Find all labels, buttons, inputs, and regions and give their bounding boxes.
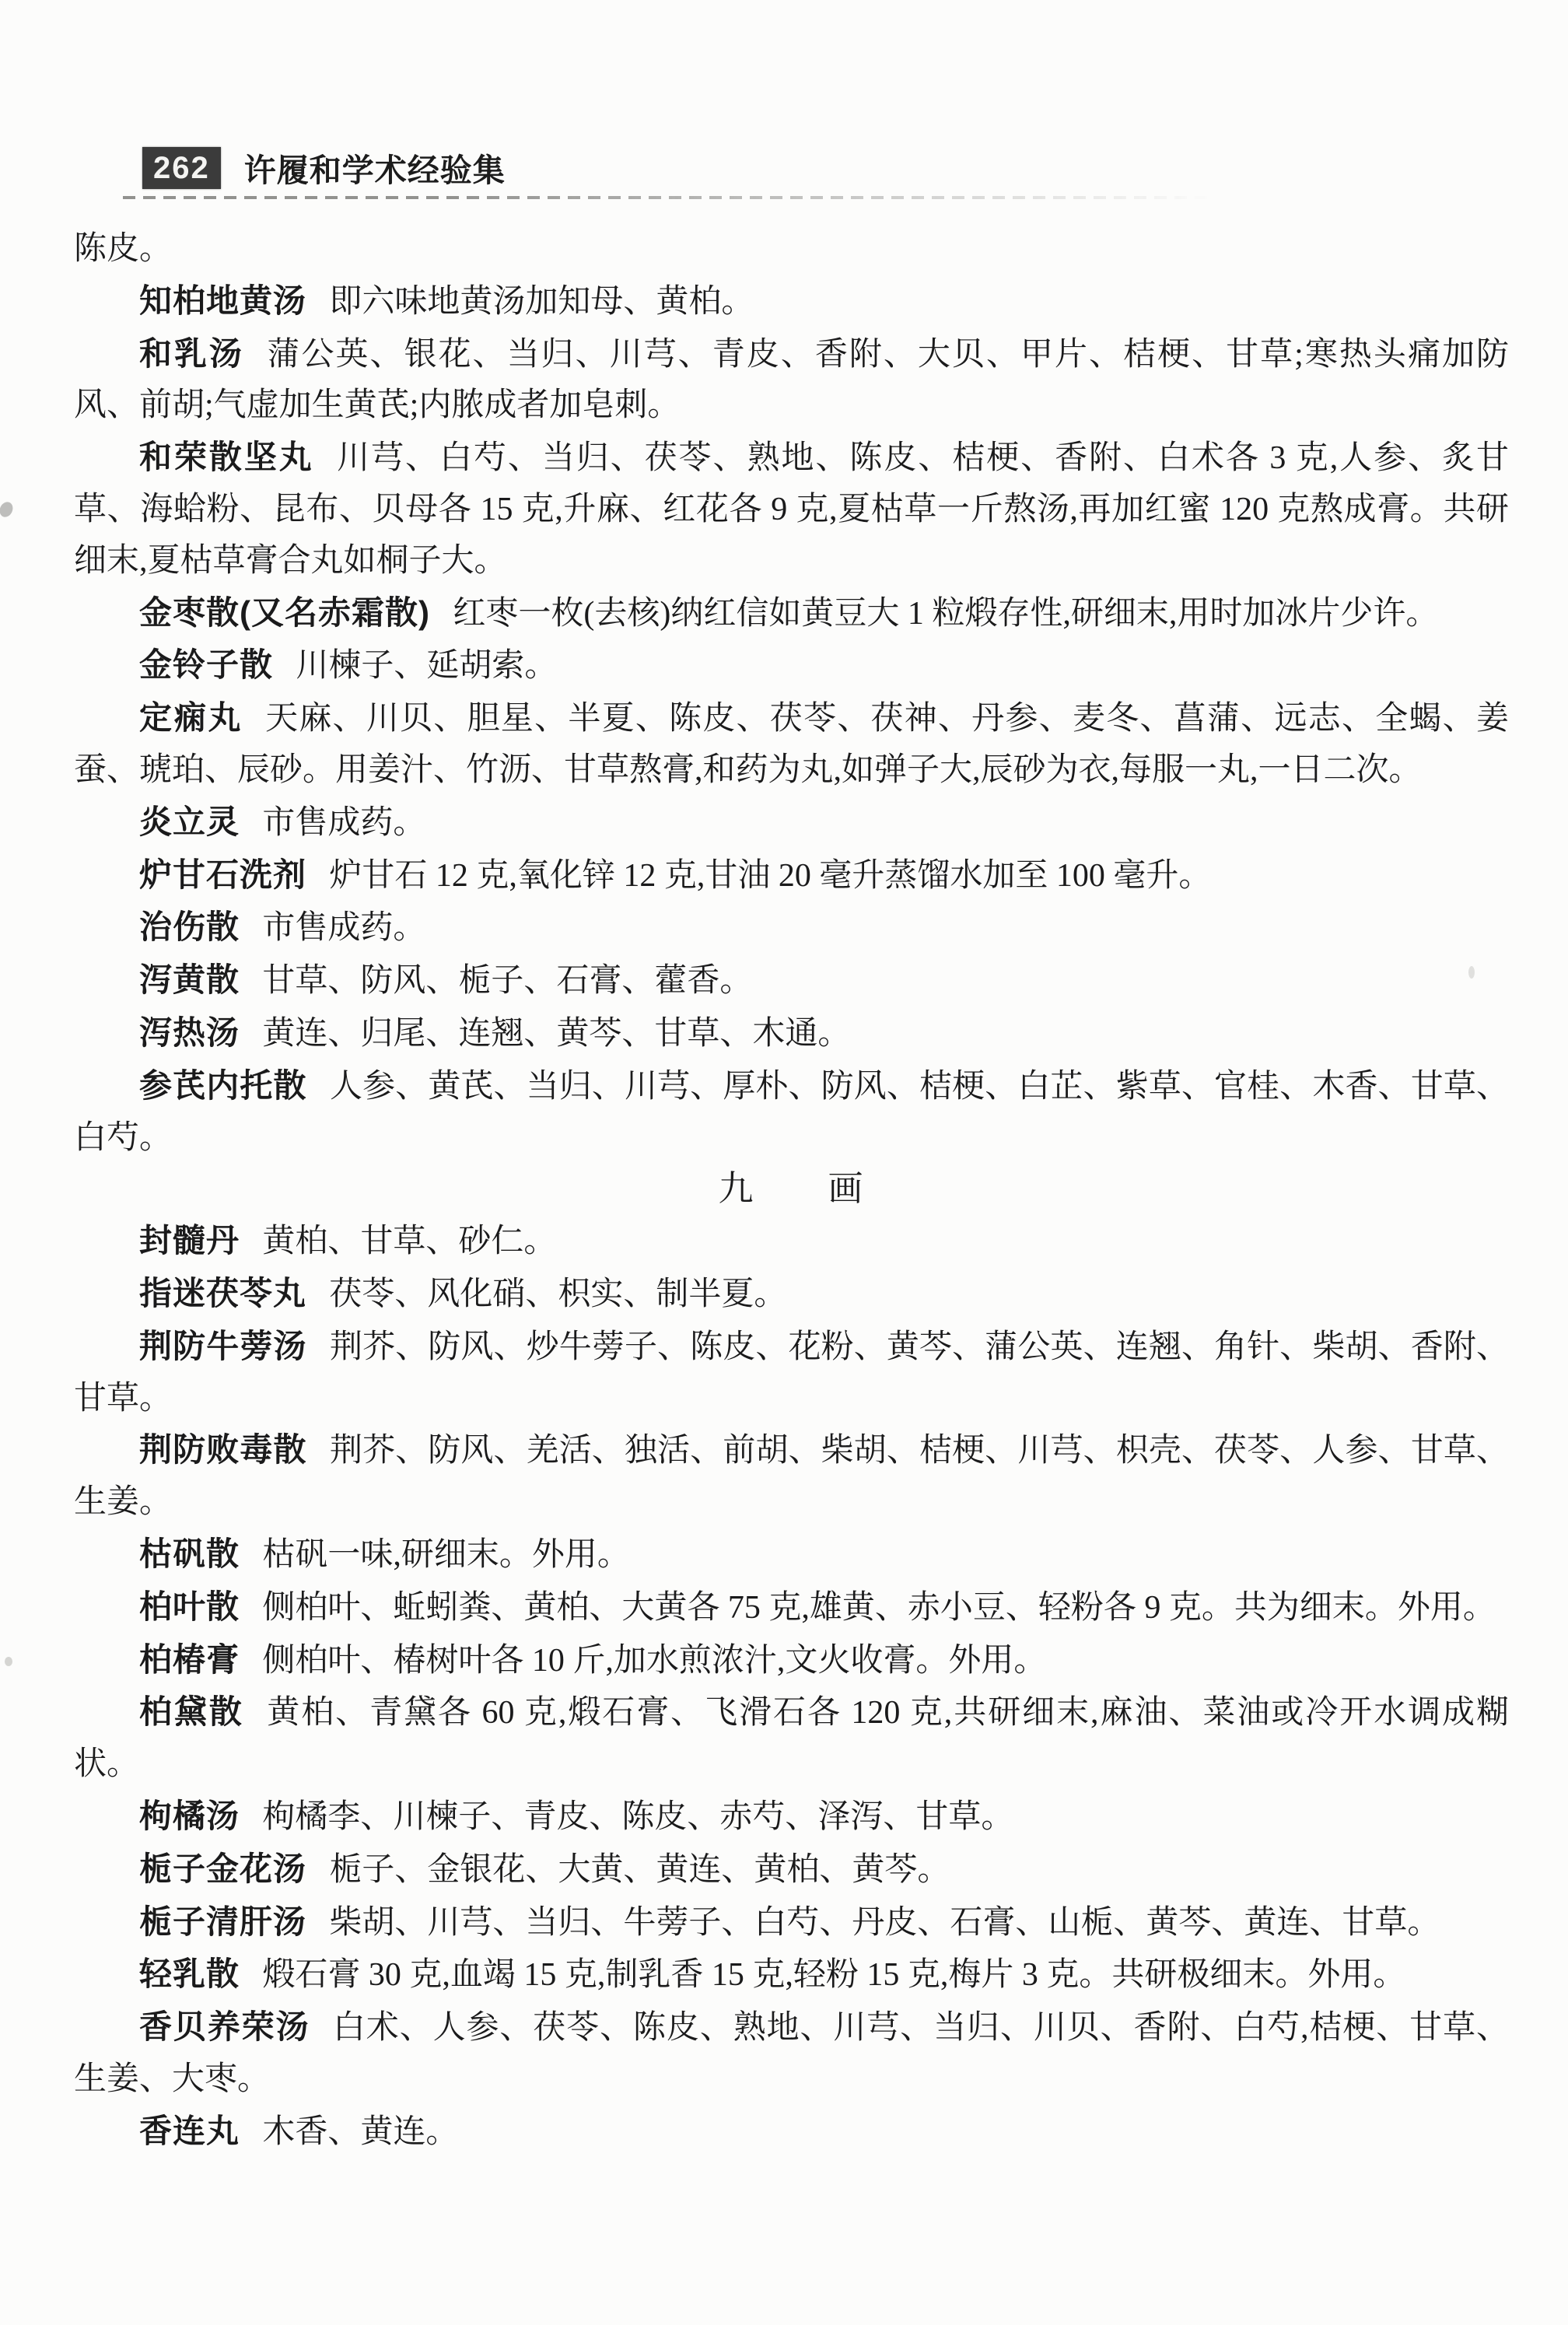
formula-ingredients: 木香、黄连。 xyxy=(262,2114,458,2150)
formula-ingredients: 市售成药。 xyxy=(262,805,425,841)
formula-name: 栀子清肝汤 xyxy=(139,1903,306,1940)
formula-name: 和乳汤 xyxy=(139,335,244,372)
formula-entry: 枸橘汤枸橘李、川楝子、青皮、陈皮、赤芍、泽泻、甘草。 xyxy=(74,1791,1509,1844)
formula-ingredients: 蒲公英、银花、当归、川芎、青皮、香附、大贝、甲片、桔梗、甘草;寒热头痛加防风、前… xyxy=(74,337,1509,424)
formula-name: 定痫丸 xyxy=(139,699,243,736)
formula-ingredients: 即六味地黄汤加知母、黄柏。 xyxy=(329,284,754,320)
formula-name: 泻黄散 xyxy=(139,961,240,998)
formula-name: 封髓丹 xyxy=(139,1222,240,1259)
formula-ingredients: 煅石膏 30 克,血竭 15 克,制乳香 15 克,轻粉 15 克,梅片 3 克… xyxy=(262,1957,1405,1993)
formula-ingredients: 甘草、防风、栀子、石膏、藿香。 xyxy=(262,963,752,999)
scan-smudge xyxy=(5,1657,12,1666)
formula-name: 炉甘石洗剂 xyxy=(139,856,306,893)
formula-ingredients: 黄柏、甘草、砂仁。 xyxy=(262,1224,556,1259)
formula-name: 荆防败毒散 xyxy=(139,1431,307,1468)
book-page: 262 许履和学术经验集 陈皮。知柏地黄汤即六味地黄汤加知母、黄柏。和乳汤蒲公英… xyxy=(0,0,1568,2325)
formula-entry: 金铃子散川楝子、延胡索。 xyxy=(74,639,1509,692)
formula-entry: 陈皮。 xyxy=(74,224,1509,275)
formula-entry: 香连丸木香、黄连。 xyxy=(74,2106,1509,2159)
formula-ingredients: 栀子、金银花、大黄、黄连、黄柏、黄芩。 xyxy=(329,1852,950,1888)
formula-name: 荆防牛蒡汤 xyxy=(139,1328,307,1364)
formula-entry: 栀子金花汤栀子、金银花、大黄、黄连、黄柏、黄芩。 xyxy=(74,1844,1509,1896)
formula-ingredients: 市售成药。 xyxy=(262,910,425,946)
formula-name: 金枣散(又名赤霜散) xyxy=(139,594,430,631)
formula-entry: 泻黄散甘草、防风、栀子、石膏、藿香。 xyxy=(74,954,1509,1007)
formula-entry: 枯矾散枯矾一味,研细末。外用。 xyxy=(74,1528,1509,1581)
formula-ingredients: 侧柏叶、蚯蚓粪、黄柏、大黄各 75 克,雄黄、赤小豆、轻粉各 9 克。共为细末。… xyxy=(262,1590,1496,1626)
formula-ingredients: 枯矾一味,研细末。外用。 xyxy=(262,1537,630,1573)
formula-ingredients: 天麻、川贝、胆星、半夏、陈皮、茯苓、茯神、丹参、麦冬、菖蒲、远志、全蝎、姜蚕、琥… xyxy=(74,701,1509,788)
formula-name: 治伤散 xyxy=(139,909,240,945)
formula-ingredients: 黄柏、青黛各 60 克,煅石膏、飞滑石各 120 克,共研细末,麻油、菜油或冷开… xyxy=(74,1695,1509,1782)
formula-name: 枯矾散 xyxy=(139,1535,240,1572)
page-header: 262 许履和学术经验集 xyxy=(142,145,506,191)
formula-ingredients: 川楝子、延胡索。 xyxy=(296,648,557,684)
formula-name: 指迷茯苓丸 xyxy=(139,1275,306,1311)
formula-ingredients: 红枣一枚(去核)纳红信如黄豆大 1 粒煅存性,研细末,用时加冰片少许。 xyxy=(453,596,1438,632)
formula-entry: 栀子清肝汤柴胡、川芎、当归、牛蒡子、白芍、丹皮、石膏、山栀、黄芩、黄连、甘草。 xyxy=(74,1896,1509,1949)
book-title: 许履和学术经验集 xyxy=(244,145,506,191)
formula-entry: 封髓丹黄柏、甘草、砂仁。 xyxy=(74,1215,1509,1268)
header-rule xyxy=(123,196,1212,199)
formula-entry: 轻乳散煅石膏 30 克,血竭 15 克,制乳香 15 克,轻粉 15 克,梅片 … xyxy=(74,1949,1509,2001)
formula-entry: 治伤散市售成药。 xyxy=(74,902,1509,954)
formula-name: 炎立灵 xyxy=(139,804,240,840)
formula-entry: 指迷茯苓丸茯苓、风化硝、枳实、制半夏。 xyxy=(74,1268,1509,1321)
formula-entry: 参芪内托散人参、黄芪、当归、川芎、厚朴、防风、桔梗、白芷、紫草、官桂、木香、甘草… xyxy=(74,1060,1509,1164)
formula-entry: 和乳汤蒲公英、银花、当归、川芎、青皮、香附、大贝、甲片、桔梗、甘草;寒热头痛加防… xyxy=(74,328,1509,432)
formula-ingredients: 柴胡、川芎、当归、牛蒡子、白芍、丹皮、石膏、山栀、黄芩、黄连、甘草。 xyxy=(329,1905,1440,1941)
formula-name: 柏叶散 xyxy=(139,1588,240,1625)
formula-entry: 柏椿膏侧柏叶、椿树叶各 10 斤,加水煎浓汁,文火收膏。外用。 xyxy=(74,1634,1509,1687)
formula-entry: 柏黛散黄柏、青黛各 60 克,煅石膏、飞滑石各 120 克,共研细末,麻油、菜油… xyxy=(74,1686,1509,1791)
formula-ingredients: 枸橘李、川楝子、青皮、陈皮、赤芍、泽泻、甘草。 xyxy=(262,1799,1013,1835)
formula-name: 香贝养荣汤 xyxy=(139,2008,310,2045)
formula-name: 香连丸 xyxy=(139,2113,240,2149)
formula-name: 柏椿膏 xyxy=(139,1641,240,1678)
formula-name: 参芪内托散 xyxy=(139,1067,307,1104)
formula-entry: 荆防牛蒡汤荆芥、防风、炒牛蒡子、陈皮、花粉、黄芩、蒲公英、连翘、角针、柴胡、香附… xyxy=(74,1321,1509,1425)
formula-name: 金铃子散 xyxy=(139,646,273,683)
scan-smudge xyxy=(1468,966,1475,979)
formula-name: 柏黛散 xyxy=(139,1693,244,1730)
formula-entry: 定痫丸天麻、川贝、胆星、半夏、陈皮、茯苓、茯神、丹参、麦冬、菖蒲、远志、全蝎、姜… xyxy=(74,692,1509,797)
formula-entry: 金枣散(又名赤霜散)红枣一枚(去核)纳红信如黄豆大 1 粒煅存性,研细末,用时加… xyxy=(74,587,1509,640)
formula-entry: 香贝养荣汤白术、人参、茯苓、陈皮、熟地、川芎、当归、川贝、香附、白芍,桔梗、甘草… xyxy=(74,2001,1509,2106)
formula-entry: 荆防败毒散荆芥、防风、羌活、独活、前胡、柴胡、桔梗、川芎、枳壳、茯苓、人参、甘草… xyxy=(74,1424,1509,1528)
formula-name: 轻乳散 xyxy=(139,1956,240,1992)
section-heading: 九 画 xyxy=(74,1164,1509,1215)
formula-ingredients: 陈皮。 xyxy=(74,231,172,267)
formula-entry: 泻热汤黄连、归尾、连翘、黄芩、甘草、木通。 xyxy=(74,1007,1509,1060)
formula-entry: 知柏地黄汤即六味地黄汤加知母、黄柏。 xyxy=(74,275,1509,328)
page-number-badge: 262 xyxy=(142,147,221,189)
formula-name: 枸橘汤 xyxy=(139,1798,240,1834)
formula-entry: 柏叶散侧柏叶、蚯蚓粪、黄柏、大黄各 75 克,雄黄、赤小豆、轻粉各 9 克。共为… xyxy=(74,1581,1509,1634)
body-text: 陈皮。知柏地黄汤即六味地黄汤加知母、黄柏。和乳汤蒲公英、银花、当归、川芎、青皮、… xyxy=(74,224,1509,2158)
formula-entry: 炎立灵市售成药。 xyxy=(74,797,1509,849)
formula-ingredients: 侧柏叶、椿树叶各 10 斤,加水煎浓汁,文火收膏。外用。 xyxy=(262,1643,1046,1679)
formula-name: 知柏地黄汤 xyxy=(139,282,306,319)
formula-name: 栀子金花汤 xyxy=(139,1851,306,1887)
formula-name: 泻热汤 xyxy=(139,1014,240,1051)
formula-entry: 炉甘石洗剂炉甘石 12 克,氧化锌 12 克,甘油 20 毫升蒸馏水加至 100… xyxy=(74,849,1509,902)
scan-smudge xyxy=(0,500,15,520)
formula-ingredients: 黄连、归尾、连翘、黄芩、甘草、木通。 xyxy=(262,1016,850,1052)
formula-name: 和荣散坚丸 xyxy=(139,439,314,475)
formula-entry: 和荣散坚丸川芎、白芍、当归、茯苓、熟地、陈皮、桔梗、香附、白术各 3 克,人参、… xyxy=(74,432,1509,587)
formula-ingredients: 炉甘石 12 克,氧化锌 12 克,甘油 20 毫升蒸馏水加至 100 毫升。 xyxy=(329,858,1211,894)
section-heading-label: 九 画 xyxy=(718,1169,864,1208)
formula-ingredients: 茯苓、风化硝、枳实、制半夏。 xyxy=(329,1276,786,1312)
